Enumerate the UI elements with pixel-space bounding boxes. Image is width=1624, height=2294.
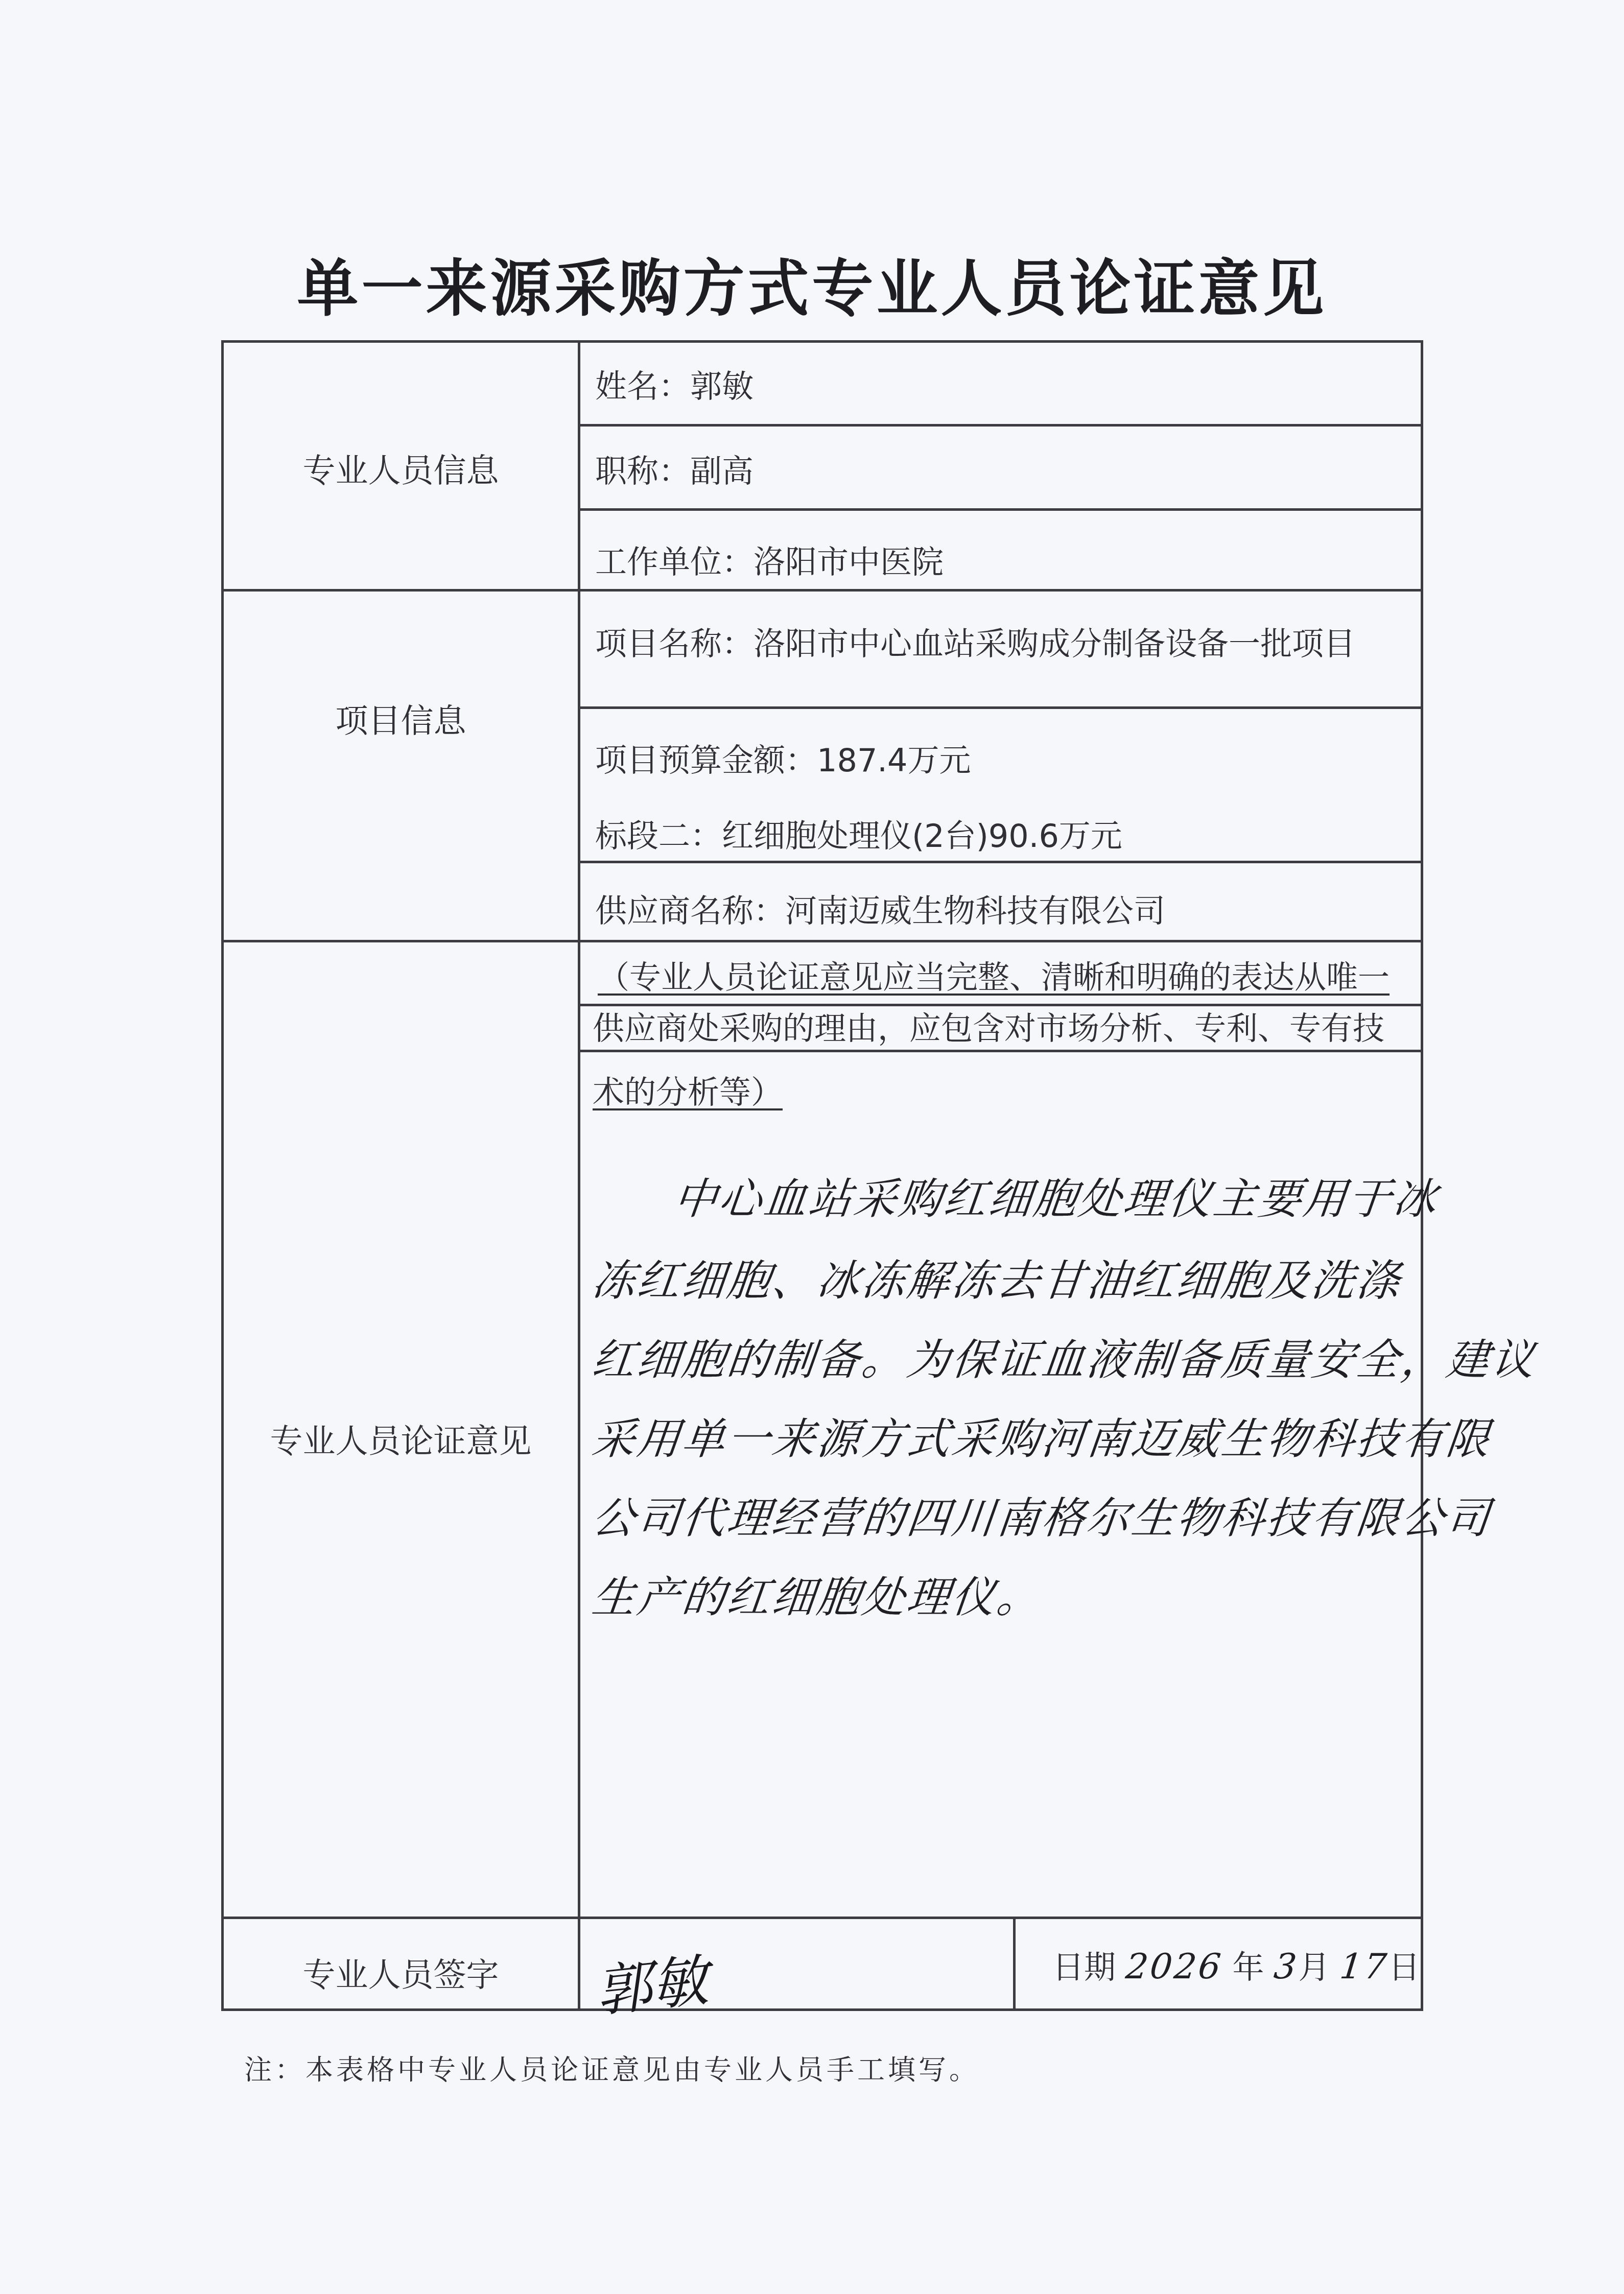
row-line [578, 861, 1423, 863]
separator-personnel-project [221, 589, 1423, 592]
handwritten-line: 采用单一来源方式采购河南迈威生物科技有限 [590, 1405, 1495, 1467]
field-budget: 项目预算金额：187.4万元 [595, 741, 971, 781]
page-title: 单一来源采购方式专业人员论证意见 [0, 240, 1624, 328]
section-label-opinion: 专业人员论证意见 [224, 1415, 578, 1462]
date-year-unit: 年 [1233, 1949, 1264, 1986]
section-label-project-info: 项目信息 [224, 695, 578, 742]
signature-date: 日期 2026 年 3月 17日 [1052, 1945, 1420, 1989]
date-year: 2026 [1123, 1945, 1225, 1989]
signature-date-divider [1013, 1917, 1016, 2011]
row-line [578, 424, 1423, 427]
field-title: 职称：副高 [595, 452, 754, 491]
row-line [578, 508, 1423, 511]
table-border-top [221, 340, 1423, 343]
table-border-bottom [221, 2008, 1423, 2011]
separator-opinion-signature [221, 1917, 1423, 1919]
opinion-instruction-line-3: 术的分析等） [593, 1073, 783, 1113]
date-day: 17 [1338, 1945, 1391, 1989]
field-name: 姓名：郭敏 [595, 367, 754, 407]
handwritten-line: 冻红细胞、冰冻解冻去甘油红细胞及洗涤 [590, 1246, 1405, 1308]
field-employer: 工作单位：洛阳市中医院 [595, 542, 944, 582]
handwritten-line: 红细胞的制备。为保证血液制备质量安全，建议 [590, 1326, 1540, 1387]
field-supplier: 供应商名称：河南迈威生物科技有限公司 [595, 891, 1165, 931]
opinion-instruction-line-2: 供应商处采购的理由，应包含对市场分析、专利、专有技 [593, 1009, 1384, 1049]
row-line [578, 1004, 1423, 1006]
date-month-unit: 月 [1299, 1949, 1330, 1986]
section-label-personnel-info: 专业人员信息 [224, 444, 578, 491]
handwritten-line: 生产的红细胞处理仪。 [590, 1563, 1046, 1625]
handwritten-signature: 郭敏 [591, 1935, 711, 2027]
date-month: 3 [1272, 1945, 1301, 1989]
field-lot: 标段二：红细胞处理仪(2台)90.6万元 [595, 816, 1122, 856]
handwritten-line: 公司代理经营的四川南格尔生物科技有限公司 [590, 1484, 1495, 1546]
separator-project-opinion [221, 940, 1423, 942]
section-label-signature: 专业人员签字 [224, 1949, 578, 1996]
field-project-name: 项目名称：洛阳市中心血站采购成分制备设备一批项目 [595, 624, 1407, 664]
row-line [578, 706, 1423, 709]
footnote: 注：本表格中专业人员论证意见由专业人员手工填写。 [244, 2048, 980, 2088]
handwritten-line: 中心血站采购红细胞处理仪主要用于冰 [671, 1165, 1442, 1226]
row-line [578, 1050, 1423, 1052]
date-day-unit: 日 [1388, 1949, 1420, 1986]
date-prefix: 日期 [1052, 1949, 1116, 1986]
opinion-instruction-line-1: （专业人员论证意见应当完整、清晰和明确的表达从唯一 [598, 958, 1390, 998]
